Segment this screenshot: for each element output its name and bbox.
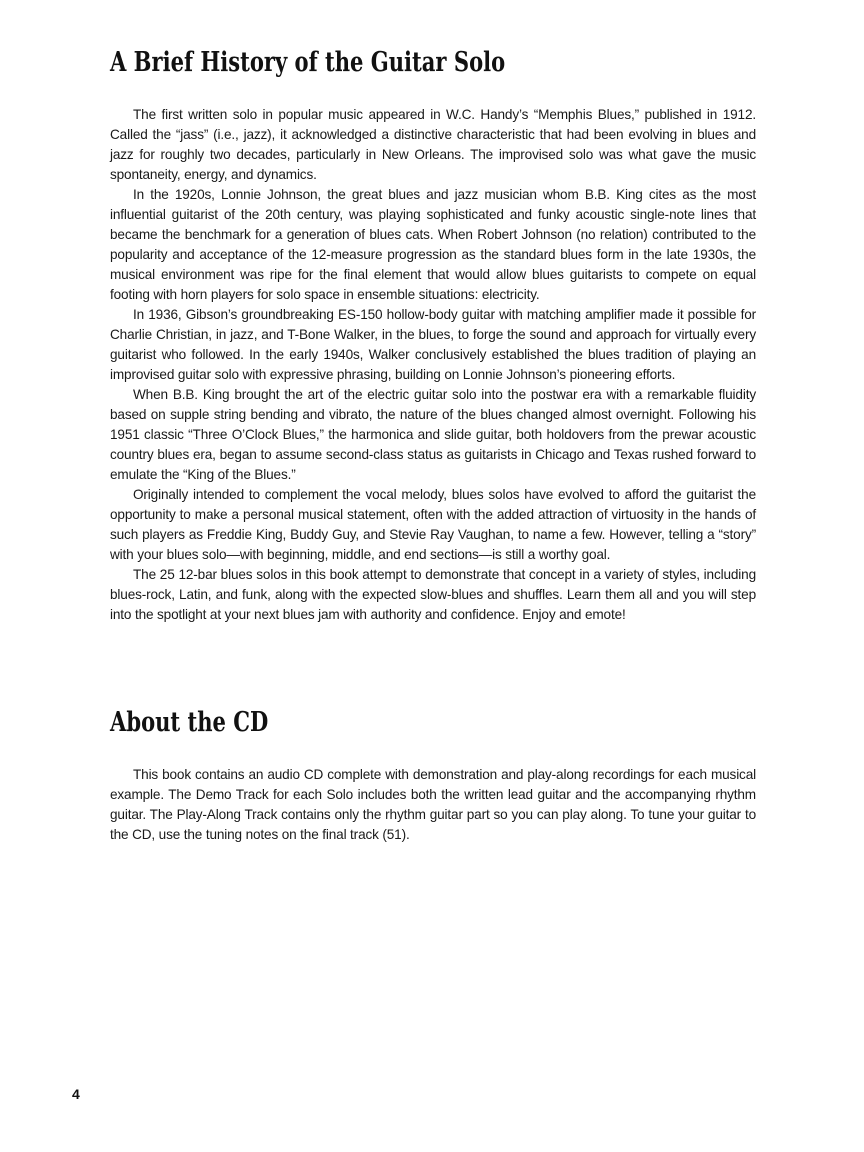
paragraph: This book contains an audio CD complete … — [110, 765, 756, 845]
paragraph: In the 1920s, Lonnie Johnson, the great … — [110, 185, 756, 305]
page-number: 4 — [72, 1086, 80, 1102]
paragraph: Originally intended to complement the vo… — [110, 485, 756, 565]
section-heading-about-cd: About the CD — [110, 706, 268, 740]
paragraph: The first written solo in popular music … — [110, 105, 756, 185]
section-body-guitar-solo-history: The first written solo in popular music … — [110, 105, 756, 625]
paragraph: The 25 12-bar blues solos in this book a… — [110, 565, 756, 625]
section-heading-guitar-solo-history: A Brief History of the Guitar Solo — [110, 46, 505, 80]
section-body-about-cd: This book contains an audio CD complete … — [110, 765, 756, 845]
paragraph: When B.B. King brought the art of the el… — [110, 385, 756, 485]
paragraph: In 1936, Gibson’s groundbreaking ES-150 … — [110, 305, 756, 385]
